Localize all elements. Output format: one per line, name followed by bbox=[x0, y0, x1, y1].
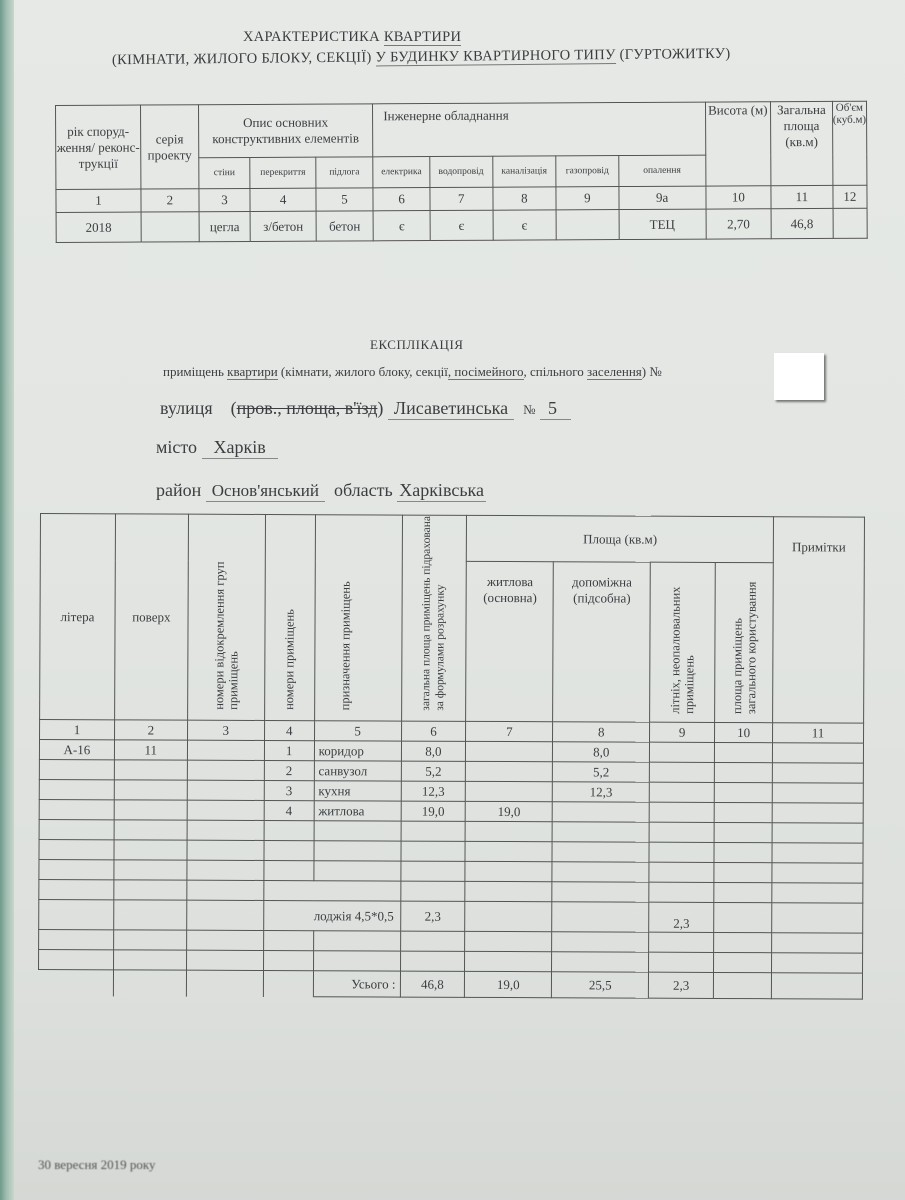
cell-floor bbox=[114, 800, 187, 820]
cell-letter bbox=[39, 799, 114, 819]
cell-auxiliary bbox=[552, 802, 649, 822]
cell bbox=[113, 970, 186, 996]
cell-notes bbox=[772, 743, 863, 763]
subtitle-part: , посімейного bbox=[448, 364, 524, 380]
header-purpose: призначення приміщень bbox=[314, 515, 402, 721]
header-auxiliary: допоміжна (підсобна) bbox=[553, 562, 651, 722]
header-area-group: Площа (кв.м) bbox=[467, 515, 774, 562]
cell bbox=[39, 879, 114, 899]
cell bbox=[263, 970, 313, 996]
cell bbox=[114, 820, 187, 840]
cell-ceilings: з/бетон bbox=[250, 211, 316, 241]
col-num: 10 bbox=[706, 186, 772, 209]
vertical-text: номери приміщень bbox=[282, 609, 296, 710]
cell-total-area: 12,3 bbox=[401, 781, 466, 801]
city-line: місто Харків bbox=[156, 437, 278, 459]
explication-title: ЕКСПЛІКАЦІЯ bbox=[370, 337, 463, 353]
cell bbox=[465, 931, 552, 951]
col-num: 3 bbox=[199, 188, 251, 211]
doc-subtitle: (КІМНАТИ, ЖИЛОГО БЛОКУ, СЕКЦІЇ) У БУДИНК… bbox=[112, 46, 731, 69]
col-num: 8 bbox=[492, 187, 556, 210]
cell-gas bbox=[556, 210, 619, 240]
cell-summer bbox=[649, 782, 714, 802]
cell bbox=[264, 820, 314, 840]
cell bbox=[649, 882, 714, 902]
cell-floor bbox=[114, 760, 187, 780]
loggia-total: 2,3 bbox=[400, 901, 465, 931]
cell-living bbox=[466, 781, 553, 801]
header-gas: газопровід bbox=[556, 156, 619, 187]
cell-group bbox=[187, 760, 264, 780]
header-living: житлова (основна) bbox=[466, 561, 554, 721]
cell bbox=[552, 952, 649, 972]
title-prefix: ХАРАКТЕРИСТИКА bbox=[243, 29, 384, 45]
street-value: Лисаветинська bbox=[388, 398, 514, 420]
cell-common bbox=[714, 802, 772, 822]
cell-group bbox=[187, 740, 264, 760]
header-sewage: каналізація bbox=[492, 156, 556, 187]
cell bbox=[649, 932, 714, 952]
cell-notes bbox=[772, 803, 863, 823]
cell-living: 19,0 bbox=[466, 801, 553, 821]
cell-letter: А-16 bbox=[39, 740, 114, 760]
loggia-summer: 2,3 bbox=[649, 902, 714, 932]
cell bbox=[264, 860, 314, 880]
cell bbox=[313, 951, 400, 971]
cell bbox=[113, 930, 186, 950]
col-num: 3 bbox=[187, 720, 264, 740]
col-num: 7 bbox=[430, 187, 493, 210]
cell-floor bbox=[114, 780, 187, 800]
totals-aux: 25,5 bbox=[552, 972, 649, 998]
cell bbox=[263, 930, 313, 950]
header-water: водопровід bbox=[430, 156, 493, 187]
cell bbox=[772, 953, 863, 973]
col-num: 2 bbox=[114, 720, 187, 740]
cell bbox=[39, 899, 114, 929]
col-num: 1 bbox=[56, 189, 141, 212]
header-floor: поверх bbox=[114, 514, 188, 720]
totals-notes bbox=[771, 973, 862, 999]
cell bbox=[38, 969, 113, 995]
vertical-text: номери відокремлення груп приміщень bbox=[212, 511, 241, 710]
number-value: 5 bbox=[540, 398, 571, 420]
subtitle-suffix: (ГУРТОЖИТКУ) bbox=[616, 46, 731, 63]
cell bbox=[114, 840, 187, 860]
cell bbox=[714, 902, 772, 932]
cell bbox=[649, 952, 714, 972]
cell bbox=[187, 840, 264, 860]
cell-auxiliary: 12,3 bbox=[553, 782, 650, 802]
header-ceilings: перекриття bbox=[250, 157, 316, 188]
header-heating: опалення bbox=[618, 155, 705, 186]
cell bbox=[187, 820, 264, 840]
cell bbox=[186, 900, 263, 930]
rooms-table: літера поверх номери відокремлення груп … bbox=[38, 513, 865, 1000]
cell bbox=[186, 970, 263, 996]
subtitle-underlined: У БУДИНКУ КВАРТИРНОГО ТИПУ bbox=[375, 47, 615, 67]
cell bbox=[114, 900, 187, 930]
cell-auxiliary: 5,2 bbox=[553, 762, 650, 782]
cell bbox=[400, 881, 465, 901]
cell bbox=[314, 841, 401, 861]
cell-living bbox=[466, 761, 553, 781]
totals-living: 19,0 bbox=[465, 971, 552, 997]
cell-room-number: 1 bbox=[264, 740, 314, 760]
col-num: 5 bbox=[314, 721, 401, 741]
col-num: 11 bbox=[773, 723, 864, 743]
cell bbox=[264, 840, 314, 860]
redaction-box bbox=[774, 353, 824, 400]
cell-walls: цегла bbox=[199, 211, 251, 241]
document-date: 30 вересня 2019 року bbox=[38, 1157, 156, 1173]
header-summer: літніх, неопалювальних приміщень bbox=[650, 562, 716, 722]
cell bbox=[114, 860, 187, 880]
cell bbox=[314, 821, 401, 841]
cell-series bbox=[141, 212, 199, 242]
cell bbox=[401, 841, 466, 861]
street-alt-struck: пров., площа, в'їзд bbox=[237, 398, 378, 418]
region-value: Харківська bbox=[397, 480, 486, 502]
col-num: 6 bbox=[401, 721, 466, 741]
cell-letter bbox=[39, 759, 114, 779]
header-group-numbers: номери відокремлення груп приміщень bbox=[187, 514, 265, 720]
cell bbox=[39, 819, 114, 839]
cell bbox=[263, 950, 313, 970]
col-num: 4 bbox=[264, 720, 314, 740]
cell bbox=[465, 951, 552, 971]
characteristics-data-row: 2018 цегла з/бетон бетон є є є ТЕЦ 2,70 … bbox=[56, 208, 867, 242]
cell-total-area: 46,8 bbox=[771, 208, 833, 238]
cell bbox=[772, 903, 863, 933]
cell bbox=[552, 882, 649, 902]
cell-floor: 11 bbox=[114, 740, 187, 760]
header-walls: стіни bbox=[199, 157, 251, 188]
col-num: 9а bbox=[619, 186, 706, 209]
header-room-numbers: номери приміщень bbox=[264, 514, 315, 720]
cell bbox=[552, 842, 649, 862]
city-value: Харків bbox=[202, 437, 278, 459]
col-num: 10 bbox=[715, 722, 773, 742]
cell bbox=[552, 932, 649, 952]
col-num: 2 bbox=[141, 189, 199, 212]
cell bbox=[465, 821, 552, 841]
cell bbox=[314, 861, 401, 881]
cell-purpose: санвузол bbox=[314, 761, 401, 781]
cell-common bbox=[715, 742, 773, 762]
cell-total-area: 8,0 bbox=[401, 741, 466, 761]
cell-sewage: є bbox=[493, 210, 557, 240]
cell bbox=[465, 861, 552, 881]
cell-summer bbox=[650, 762, 715, 782]
title-underlined: КВАРТИРИ bbox=[384, 29, 461, 46]
col-num: 9 bbox=[650, 722, 715, 742]
col-num: 11 bbox=[771, 185, 833, 208]
cell bbox=[552, 822, 649, 842]
cell-heating: ТЕЦ bbox=[619, 209, 706, 239]
col-num: 8 bbox=[553, 722, 650, 742]
cell-living bbox=[466, 741, 553, 761]
cell bbox=[39, 859, 114, 879]
cell bbox=[187, 880, 264, 900]
page-edge bbox=[0, 0, 14, 1200]
header-electric: електрика bbox=[373, 157, 430, 188]
col-num: 1 bbox=[40, 720, 115, 740]
header-total-area: загальна площа приміщень підрахована за … bbox=[401, 515, 467, 721]
header-letter: літера bbox=[40, 514, 116, 720]
header-volume: Об'єм (куб.м) bbox=[832, 101, 867, 185]
totals-total: 46,8 bbox=[400, 971, 465, 997]
region-label: область bbox=[334, 480, 393, 500]
cell-room-number: 2 bbox=[264, 760, 314, 780]
doc-title: ХАРАКТЕРИСТИКА КВАРТИРИ bbox=[243, 29, 461, 46]
header-engineering: Інженерне обладнання bbox=[373, 102, 706, 157]
cell-room-number: 4 bbox=[264, 800, 314, 820]
header-common: площа приміщень загального користування bbox=[715, 562, 774, 722]
cell bbox=[186, 950, 263, 970]
explication-subtitle: приміщень квартири (кімнати, жилого блок… bbox=[163, 364, 662, 380]
cell bbox=[400, 861, 465, 881]
col-num: 5 bbox=[316, 188, 374, 211]
cell bbox=[714, 932, 772, 952]
cell-purpose: кухня bbox=[314, 781, 401, 801]
totals-row: Усього : 46,8 19,0 25,5 2,3 bbox=[38, 969, 862, 999]
cell bbox=[465, 901, 552, 931]
cell bbox=[714, 952, 772, 972]
header-total-area: Загальна площа (кв.м) bbox=[771, 101, 833, 185]
cell bbox=[714, 822, 772, 842]
cell-letter bbox=[39, 779, 114, 799]
cell-room-number: 3 bbox=[264, 780, 314, 800]
cell bbox=[552, 902, 649, 932]
header-series: серія проекту bbox=[141, 105, 199, 189]
cell bbox=[465, 841, 552, 861]
totals-common bbox=[713, 972, 771, 998]
cell-notes bbox=[772, 763, 863, 783]
cell-purpose: коридор bbox=[314, 741, 401, 761]
cell-group bbox=[187, 780, 264, 800]
cell bbox=[400, 931, 465, 951]
characteristics-table: рік споруд-ження/ реконс-трукції серія п… bbox=[55, 101, 868, 243]
cell bbox=[187, 860, 264, 880]
cell-total-area: 5,2 bbox=[401, 761, 466, 781]
header-year: рік споруд-ження/ реконс-трукції bbox=[56, 105, 141, 189]
col-num: 4 bbox=[250, 188, 316, 211]
totals-label: Усього : bbox=[313, 971, 400, 997]
cell bbox=[39, 929, 114, 949]
header-notes: Примітки bbox=[773, 517, 865, 723]
cell bbox=[649, 842, 714, 862]
subtitle-part: квартири bbox=[227, 364, 277, 380]
totals-summer: 2,3 bbox=[649, 972, 714, 998]
cell-water: є bbox=[430, 210, 493, 240]
street-line: вулиця (пров., площа, в'їзд) Лисаветинсь… bbox=[160, 398, 571, 420]
cell-summer bbox=[650, 742, 715, 762]
cell bbox=[400, 951, 465, 971]
subtitle-part: приміщень bbox=[163, 364, 227, 379]
vertical-text: літніх, неопалювальних приміщень bbox=[668, 564, 697, 714]
col-num: 9 bbox=[556, 187, 619, 210]
cell bbox=[39, 949, 114, 969]
subtitle-part: , спільного bbox=[524, 364, 587, 379]
cell bbox=[114, 880, 187, 900]
cell-floor: бетон bbox=[316, 211, 374, 241]
subtitle-part: заселення bbox=[587, 364, 642, 380]
vertical-text: площа приміщень загального користування bbox=[730, 564, 759, 714]
cell bbox=[772, 843, 863, 863]
subtitle-part: ) № bbox=[642, 364, 662, 379]
cell bbox=[772, 863, 863, 883]
cell bbox=[264, 880, 401, 901]
cell bbox=[465, 881, 552, 901]
header-floor: підлога bbox=[316, 157, 374, 188]
header-height: Висота (м) bbox=[705, 102, 771, 186]
cell-total-area: 19,0 bbox=[401, 801, 466, 821]
cell-height: 2,70 bbox=[706, 209, 772, 239]
cell bbox=[401, 821, 466, 841]
cell bbox=[113, 950, 186, 970]
cell bbox=[772, 883, 863, 903]
cell bbox=[714, 882, 772, 902]
cell-purpose: житлова bbox=[314, 801, 401, 821]
col-num: 12 bbox=[833, 185, 867, 208]
cell-year: 2018 bbox=[56, 212, 141, 242]
vertical-text: загальна площа приміщень підрахована за … bbox=[420, 516, 449, 711]
cell bbox=[649, 862, 714, 882]
cell bbox=[186, 930, 263, 950]
cell-summer bbox=[649, 802, 714, 822]
cell bbox=[772, 823, 863, 843]
subtitle-prefix: (КІМНАТИ, ЖИЛОГО БЛОКУ, СЕКЦІЇ) bbox=[112, 49, 376, 68]
cell bbox=[714, 842, 772, 862]
header-structural: Опис основних конструктивних елементів bbox=[198, 104, 373, 158]
number-label: № bbox=[523, 402, 535, 417]
cell-volume bbox=[833, 208, 867, 238]
cell bbox=[313, 931, 400, 951]
cell-notes bbox=[772, 783, 863, 803]
district-label: район bbox=[156, 480, 201, 500]
col-num: 6 bbox=[373, 188, 430, 211]
cell bbox=[39, 839, 114, 859]
street-label: вулиця bbox=[160, 398, 213, 418]
cell-electric: є bbox=[373, 211, 430, 241]
cell-auxiliary: 8,0 bbox=[553, 742, 650, 762]
cell-common bbox=[714, 762, 772, 782]
subtitle-part: (кімнати, жилого блоку, секції bbox=[278, 364, 448, 379]
loggia-row: лоджія 4,5*0,5 2,3 2,3 bbox=[39, 899, 863, 933]
cell bbox=[714, 862, 772, 882]
loggia-label: лоджія 4,5*0,5 bbox=[263, 900, 400, 931]
paren: ) bbox=[377, 398, 383, 418]
cell-group bbox=[187, 800, 264, 820]
vertical-text: призначення приміщень bbox=[338, 581, 379, 710]
cell-common bbox=[714, 782, 772, 802]
cell bbox=[552, 862, 649, 882]
city-label: місто bbox=[156, 437, 197, 457]
district-line: район Основ'янський область Харківська bbox=[156, 480, 486, 502]
col-num: 7 bbox=[466, 721, 553, 741]
room-rows: А-16111коридор8,08,02санвузол5,25,23кухн… bbox=[39, 740, 863, 824]
district-value: Основ'янський bbox=[206, 481, 325, 502]
cell bbox=[772, 933, 863, 953]
cell bbox=[649, 822, 714, 842]
